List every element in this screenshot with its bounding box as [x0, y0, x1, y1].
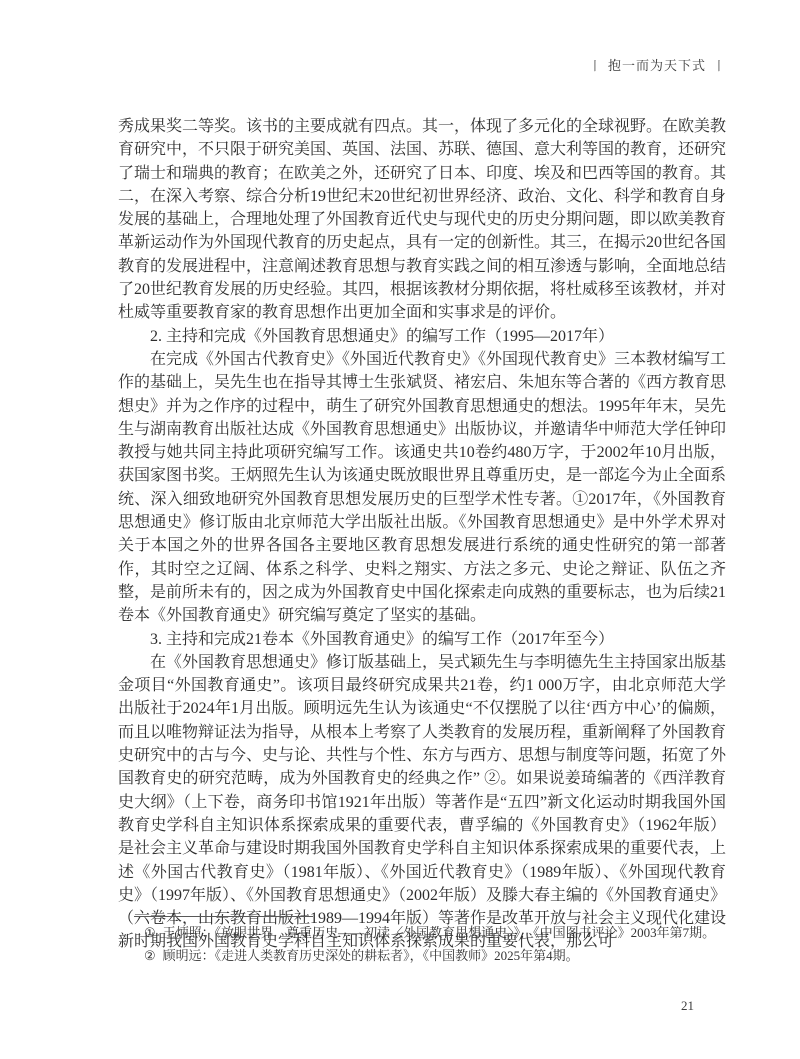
book-page: 丨抱一而为天下式丨 秀成果奖二等奖。该书的主要成就有四点。其一，体现了多元化的全…	[0, 0, 800, 1059]
footnote-2: ②顾明远：《走进人类教育历史深处的耕耘者》，《中国教师》2025年第4期。	[118, 944, 738, 967]
footnote-2-text: 顾明远：《走进人类教育历史深处的耕耘者》，《中国教师》2025年第4期。	[163, 948, 579, 963]
footnote-1-text: 王炳照：《放眼世界 尊重历史——初读〈外国教育思想通史〉》，《中国图书评论》20…	[163, 925, 716, 940]
footnote-1-marker: ①	[144, 925, 156, 940]
section-heading-3: 3. 主持和完成21卷本《外国教育通史》的编写工作（2017年至今）	[118, 628, 726, 651]
footnote-1: ①王炳照：《放眼世界 尊重历史——初读〈外国教育思想通史〉》，《中国图书评论》2…	[118, 921, 738, 944]
footnote-divider	[134, 916, 313, 917]
header-left-bar: 丨	[589, 59, 601, 73]
paragraph-continuation: 秀成果奖二等奖。该书的主要成就有四点。其一，体现了多元化的全球视野。在欧美教育研…	[118, 115, 726, 325]
footnote-2-marker: ②	[144, 948, 156, 963]
paragraph-section-3: 在《外国教育思想通史》修订版基础上，吴式颖先生与李明德先生主持国家出版基金项目“…	[118, 651, 726, 954]
header-title: 抱一而为天下式	[608, 58, 706, 73]
section-heading-2: 2. 主持和完成《外国教育思想通史》的编写工作（1995—2017年）	[118, 325, 726, 348]
page-number: 21	[681, 998, 694, 1014]
header-right-bar: 丨	[713, 59, 725, 73]
body-text-block: 秀成果奖二等奖。该书的主要成就有四点。其一，体现了多元化的全球视野。在欧美教育研…	[118, 115, 726, 954]
footnotes-block: ①王炳照：《放眼世界 尊重历史——初读〈外国教育思想通史〉》，《中国图书评论》2…	[118, 921, 738, 967]
paragraph-section-2: 在完成《外国古代教育史》《外国近代教育史》《外国现代教育史》三本教材编写工作的基…	[118, 348, 726, 628]
running-header: 丨抱一而为天下式丨	[589, 55, 725, 74]
